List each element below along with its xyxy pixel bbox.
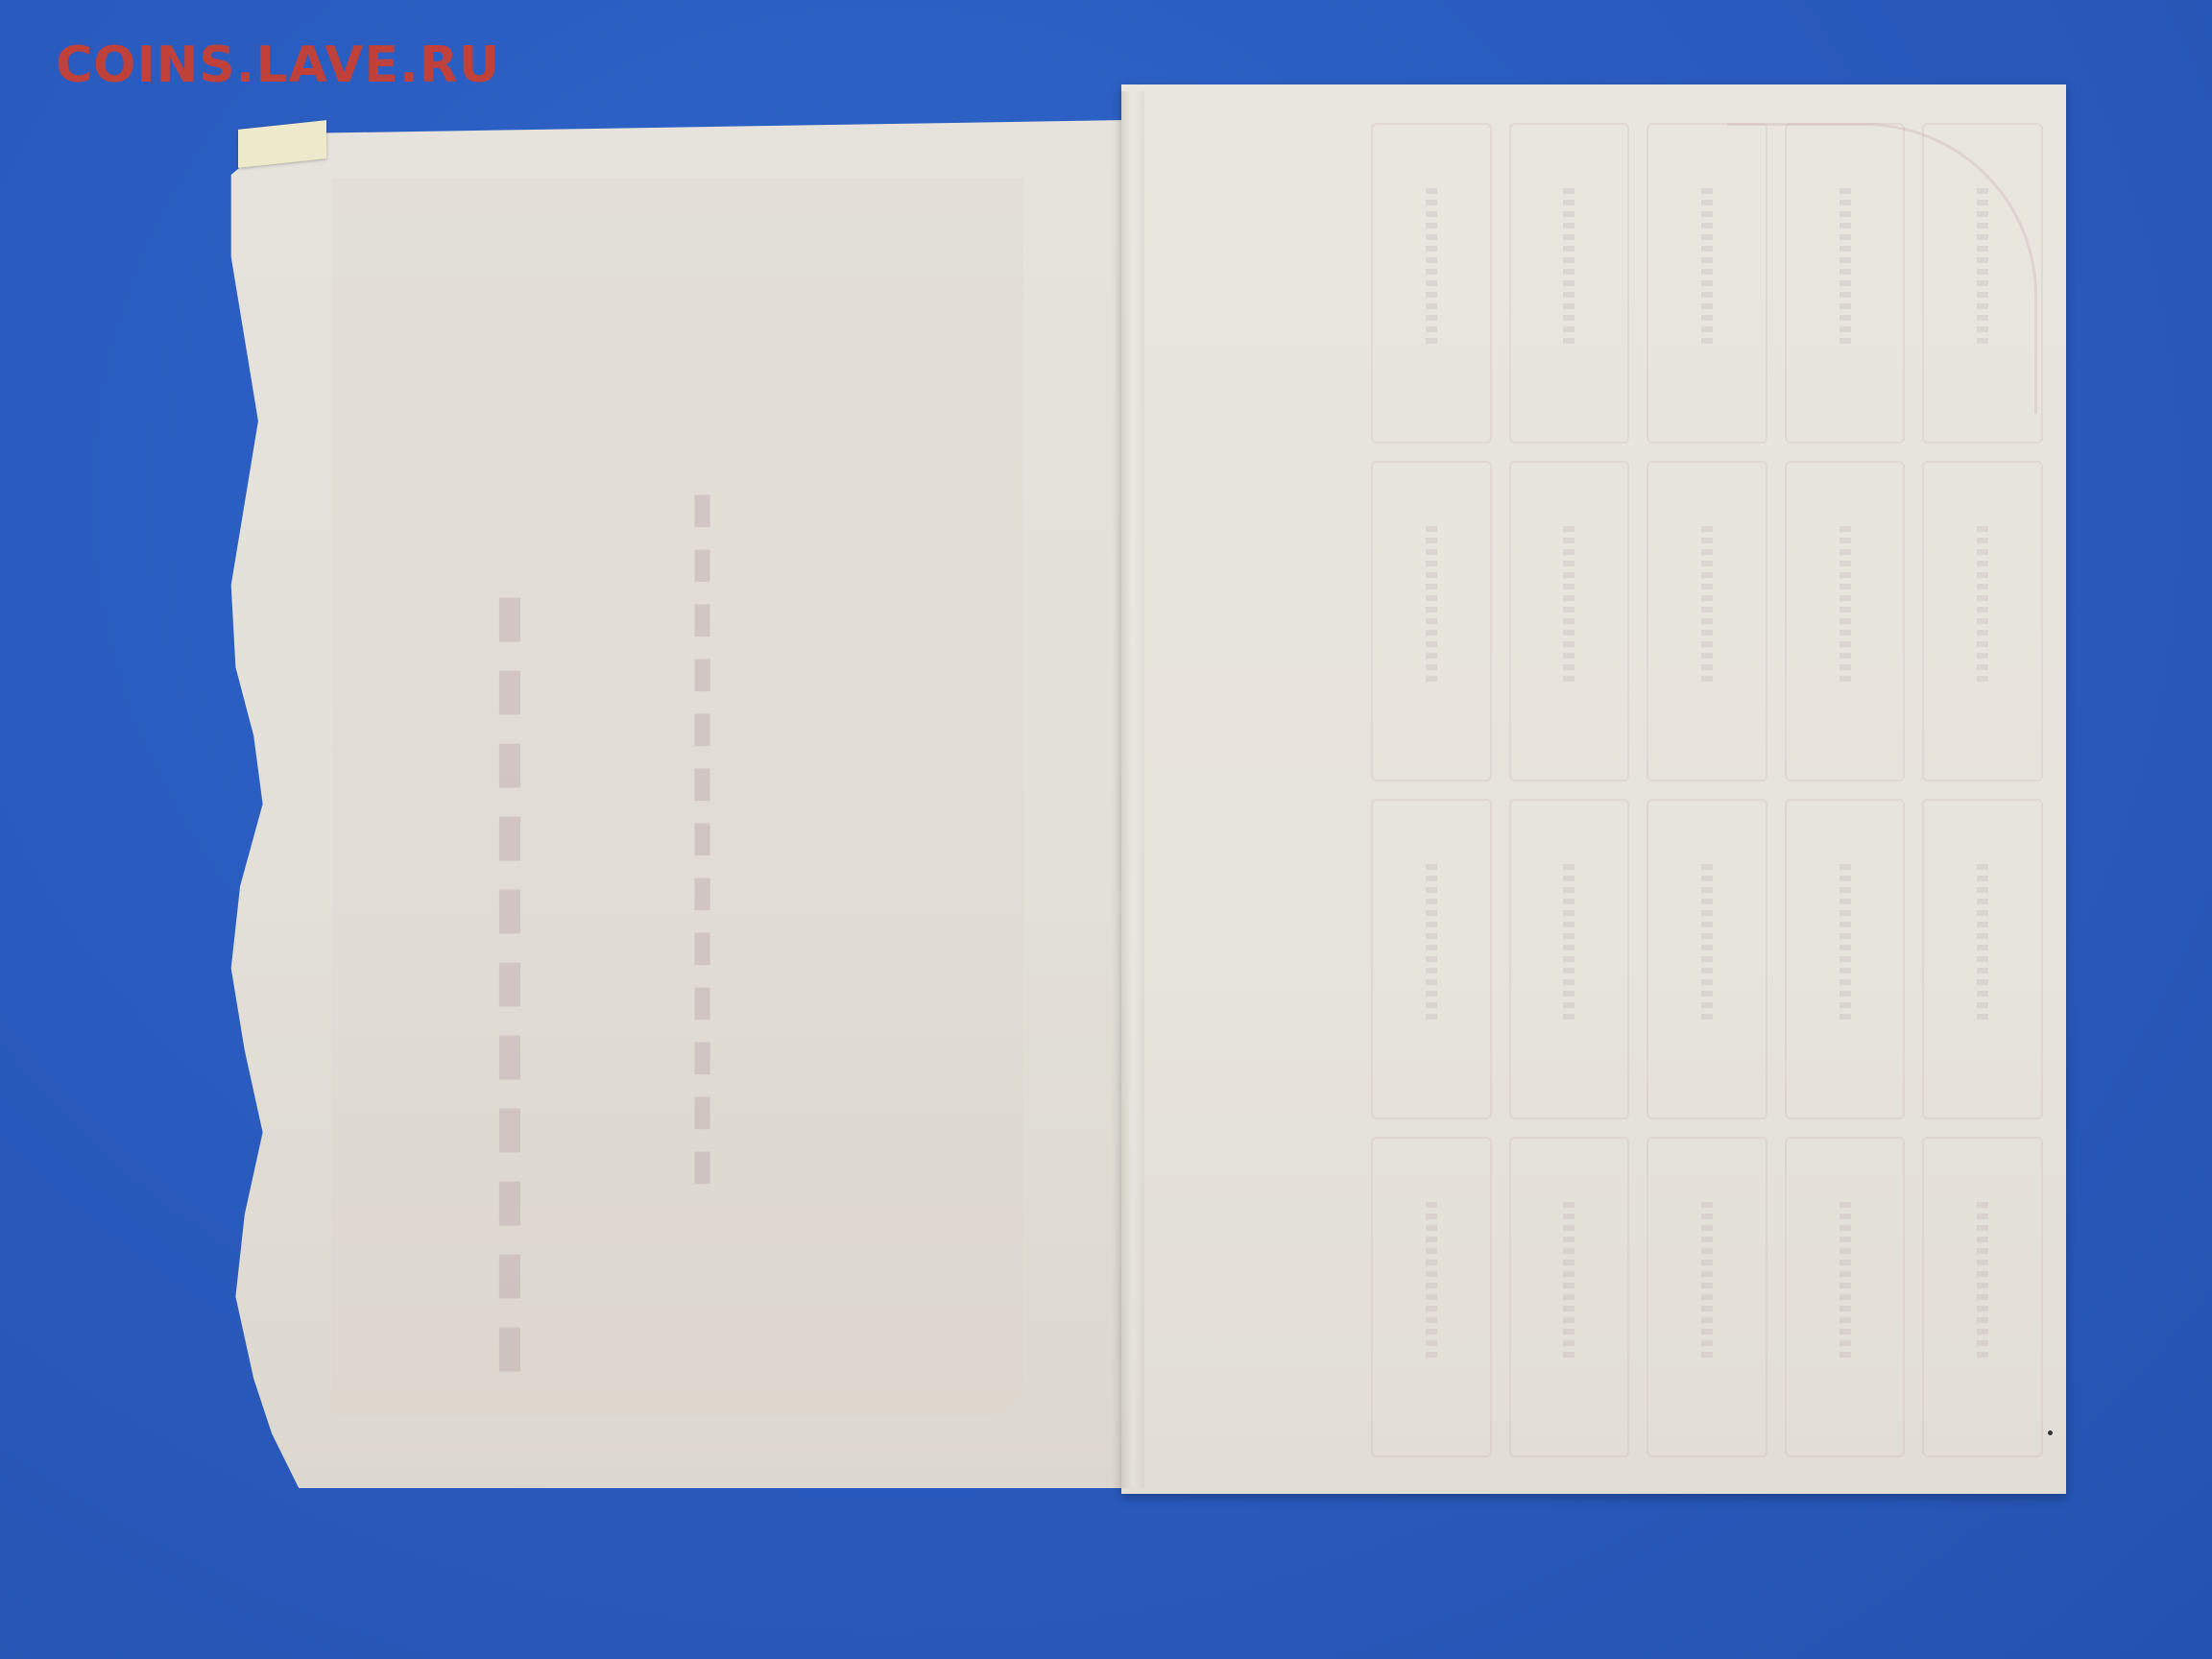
coupon-ghost — [1922, 1137, 2043, 1457]
mirrored-title-ghost: ▮▮▮▮▮▮▮▮▮▮▮ — [476, 619, 543, 1387]
coupon-ghost — [1785, 123, 1906, 444]
coupon-grid-ghost — [1371, 123, 2043, 1457]
document-left-page: ▮▮▮▮▮▮▮▮▮▮▮▮▮ ▮▮▮▮▮▮▮▮▮▮▮ — [227, 120, 1129, 1488]
coupon-ghost — [1647, 123, 1767, 444]
coupon-ghost — [1647, 461, 1767, 781]
show-through-panel: ▮▮▮▮▮▮▮▮▮▮▮▮▮ ▮▮▮▮▮▮▮▮▮▮▮ — [332, 178, 1023, 1416]
coupon-ghost — [1785, 461, 1906, 781]
coupon-ghost — [1922, 123, 2043, 444]
coupon-ghost — [1785, 1137, 1906, 1457]
coupon-ghost — [1647, 1137, 1767, 1457]
coupon-ghost — [1509, 461, 1630, 781]
paper-speck — [2048, 1431, 2053, 1435]
coupon-ghost — [1371, 1137, 1492, 1457]
mirrored-heading-ghost: ▮▮▮▮▮▮▮▮▮▮▮▮▮ — [678, 523, 727, 1195]
coupon-ghost — [1509, 799, 1630, 1119]
coupon-ghost — [1371, 123, 1492, 444]
coupon-ghost — [1922, 799, 2043, 1119]
coupon-ghost — [1509, 1137, 1630, 1457]
site-watermark: COINS.LAVE.RU — [56, 36, 500, 94]
coupon-ghost — [1509, 123, 1630, 444]
center-fold — [1121, 91, 1144, 1488]
document-right-page — [1121, 84, 2066, 1494]
coupon-ghost — [1371, 799, 1492, 1119]
coupon-ghost — [1647, 799, 1767, 1119]
coupon-ghost — [1922, 461, 2043, 781]
coupon-ghost — [1371, 461, 1492, 781]
coupon-ghost — [1785, 799, 1906, 1119]
